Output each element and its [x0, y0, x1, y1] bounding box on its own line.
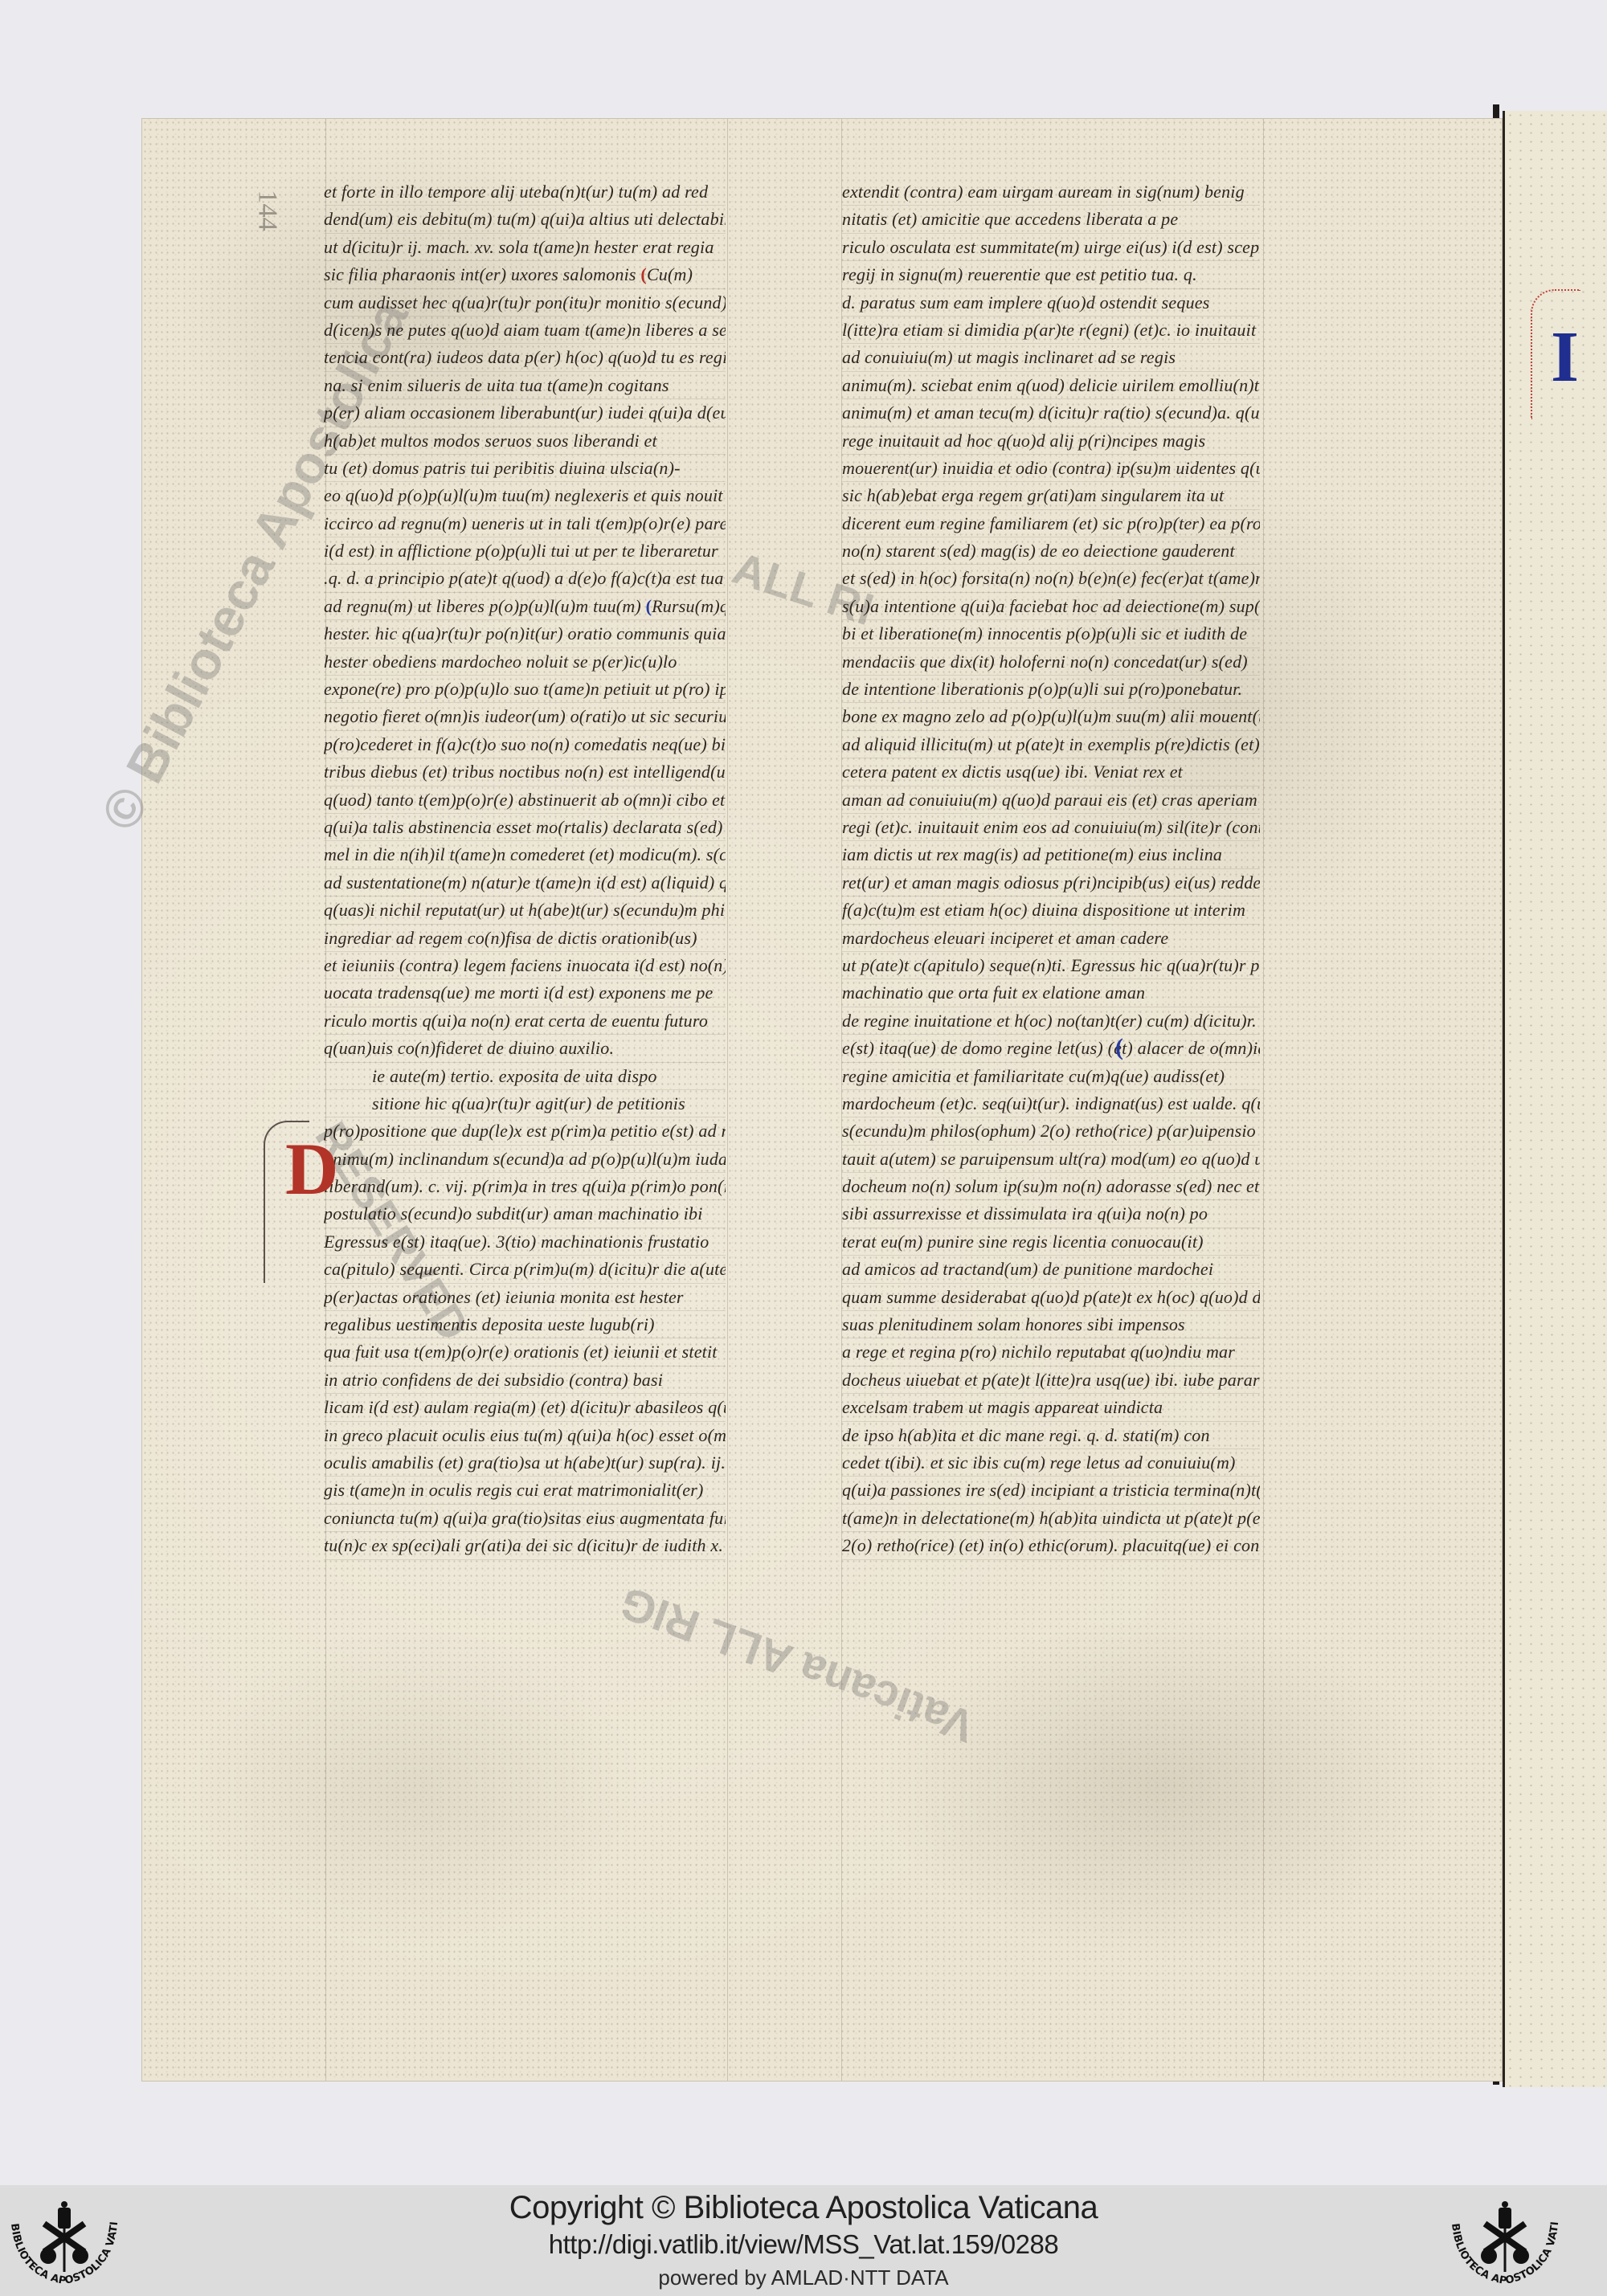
text-line: postulatio s(ecund)o subdit(ur) aman mac…	[324, 1200, 726, 1228]
text-line: tencia cont(ra) iudeos data p(er) h(oc) …	[324, 344, 726, 371]
text-line: extendit (contra) eam uirgam auream in s…	[842, 178, 1260, 206]
text-line: licam i(d est) aulam regia(m) (et) d(ici…	[324, 1394, 726, 1421]
text-line: na. si enim silueris de uita tua t(ame)n…	[324, 372, 726, 399]
paragraph-mark-glyph: (	[1115, 1034, 1123, 1060]
text-line: de regine inuitatione et h(oc) no(tan)t(…	[842, 1007, 1260, 1035]
text-line: regine amicitia et familiaritate cu(m)q(…	[842, 1063, 1260, 1090]
text-line: iccirco ad regnu(m) ueneris ut in tali t…	[324, 510, 726, 537]
text-line: p(er) aliam occasionem liberabunt(ur) iu…	[324, 399, 726, 427]
text-line: dicerent eum regine familiarem (et) sic …	[842, 510, 1260, 537]
text-line: in greco placuit oculis eius tu(m) q(ui)…	[324, 1422, 726, 1449]
text-line: de intentione liberationis p(o)p(u)li su…	[842, 676, 1260, 703]
text-line: f(a)c(tu)m est etiam h(oc) diuina dispos…	[842, 897, 1260, 924]
text-line: ret(ur) et aman magis odiosus p(ri)ncipi…	[842, 869, 1260, 897]
powered-by-text: powered by AMLAD·NTT DATA	[0, 2265, 1607, 2290]
text-line: bone ex magno zelo ad p(o)p(u)l(u)m suu(…	[842, 703, 1260, 730]
text-span: ad regnu(m) ut liberes p(o)p(u)l(u)m tuu…	[324, 596, 641, 616]
text-line: animu(m) inclinandum s(ecund)a ad p(o)p(…	[324, 1146, 726, 1173]
text-line: coniuncta tu(m) q(ui)a gra(tio)sitas eiu…	[324, 1505, 726, 1532]
text-line: expone(re) pro p(o)p(u)lo suo t(ame)n pe…	[324, 676, 726, 703]
facing-page-initial: I	[1551, 317, 1607, 398]
text-line: cedet t(ibi). et sic ibis cu(m) rege let…	[842, 1449, 1260, 1477]
text-line: 2(o) retho(rice) (et) in(o) ethic(orum).…	[842, 1532, 1260, 1559]
text-line: machinatio que orta fuit ex elatione ama…	[842, 979, 1260, 1007]
text-line: mardocheus eleuari inciperet et aman cad…	[842, 925, 1260, 952]
text-line: s(ecundu)m philos(ophum) 2(o) retho(rice…	[842, 1117, 1260, 1145]
text-line: cetera patent ex dictis usq(ue) ibi. Ven…	[842, 758, 1260, 786]
text-line: ad regnu(m) ut liberes p(o)p(u)l(u)m tuu…	[324, 593, 726, 620]
text-line: iam dictis ut rex mag(is) ad petitione(m…	[842, 841, 1260, 868]
text-line: l(itte)ra etiam si dimidia p(ar)te r(egn…	[842, 317, 1260, 344]
text-line: tribus diebus (et) tribus noctibus no(n)…	[324, 758, 726, 786]
text-line: d(icen)s ne putes q(uo)d aiam tuam t(ame…	[324, 317, 726, 344]
text-line: ut p(ate)t c(apitulo) seque(n)ti. Egress…	[842, 952, 1260, 979]
text-line: nitatis (et) amicitie que accedens liber…	[842, 206, 1260, 233]
text-line: q(ui)a passiones ire s(ed) incipiant a t…	[842, 1477, 1260, 1504]
text-line: mendaciis que dix(it) holoferni no(n) co…	[842, 648, 1260, 676]
folio-pencil-number: 144	[252, 190, 283, 231]
text-line: et s(ed) in h(oc) forsita(n) no(n) b(e)n…	[842, 565, 1260, 592]
text-line: ad amicos ad tractand(um) de punitione m…	[842, 1256, 1260, 1283]
text-line: excelsam trabem ut magis appareat uindic…	[842, 1394, 1260, 1421]
text-line: animu(m) et aman tecu(m) d(icitu)r ra(ti…	[842, 399, 1260, 427]
text-line: sic filia pharaonis int(er) uxores salom…	[324, 261, 726, 288]
ruling-line	[1263, 119, 1264, 2081]
text-column-right: extendit (contra) eam uirgam auream in s…	[842, 178, 1260, 1560]
text-line: t(ame)n in delectatione(m) h(ab)ita uind…	[842, 1505, 1260, 1532]
text-line: p(ro)positione que dup(le)x est p(rim)a …	[324, 1117, 726, 1145]
text-line: ut d(icitu)r ij. mach. xv. sola t(ame)n …	[324, 234, 726, 261]
text-span: ut p(ate)t c(apitulo) seque(n)ti. Egress…	[842, 955, 1260, 975]
text-line: bi et liberatione(m) innocentis p(o)p(u)…	[842, 620, 1260, 648]
text-line: sitione hic q(ua)r(tu)r agit(ur) de peti…	[324, 1090, 726, 1117]
text-line: .q. d. a principio p(ate)t q(uod) a d(e)…	[324, 565, 726, 592]
image-viewer: I 144 © Biblioteca Apostolica ALL RI RES…	[0, 0, 1607, 2185]
text-line: no(n) starent s(ed) mag(is) de eo deiect…	[842, 537, 1260, 565]
text-span: sic filia pharaonis int(er) uxores salom…	[324, 264, 636, 284]
text-line: q(uan)uis co(n)fideret de diuino auxilio…	[324, 1035, 726, 1062]
text-line: mouerent(ur) inuidia et odio (contra) ip…	[842, 455, 1260, 482]
text-line: quam summe desiderabat q(uo)d p(ate)t ex…	[842, 1284, 1260, 1311]
text-line: aman ad conuiuiu(m) q(uo)d paraui eis (e…	[842, 786, 1260, 814]
text-line: docheum no(n) solum ip(su)m no(n) adoras…	[842, 1173, 1260, 1200]
text-line: d. paratus sum eam implere q(uo)d ostend…	[842, 289, 1260, 317]
text-line: et forte in illo tempore alij uteba(n)t(…	[324, 178, 726, 206]
text-line: tauit a(utem) se paruipensum ult(ra) mod…	[842, 1146, 1260, 1173]
text-line: oculis amabilis (et) gra(tio)sa ut h(abe…	[324, 1449, 726, 1477]
text-line: s(u)a intentione q(ui)a faciebat hoc ad …	[842, 593, 1260, 620]
vatican-library-emblem-right: BIBLIOTECA APOSTOLICA VATICANA	[1441, 2192, 1569, 2292]
text-line: in atrio confidens de dei subsidio (cont…	[324, 1367, 726, 1394]
text-line: Egressus e(st) itaq(ue). 3(tio) machinat…	[324, 1228, 726, 1256]
copyright-text: Copyright © Biblioteca Apostolica Vatica…	[0, 2190, 1607, 2226]
text-line: ad sustentatione(m) n(atur)e t(ame)n i(d…	[324, 869, 726, 897]
text-line: p(ro)cederet in f(a)c(t)o suo no(n) come…	[324, 731, 726, 758]
text-line: regalibus uestimentis deposita ueste lug…	[324, 1311, 726, 1338]
red-paragraph-mark: (	[640, 264, 647, 284]
text-line: gis t(ame)n in oculis regis cui erat mat…	[324, 1477, 726, 1504]
text-line: p(er)actas orationes (et) ieiunia monita…	[324, 1284, 726, 1311]
text-line: hester obediens mardocheo noluit se p(er…	[324, 648, 726, 676]
text-line: qua fuit usa t(em)p(o)r(e) orationis (et…	[324, 1338, 726, 1366]
text-line: ingrediar ad regem co(n)fisa de dictis o…	[324, 925, 726, 952]
text-line: suas plenitudinem solam honores sibi imp…	[842, 1311, 1260, 1338]
text-line: ca(pitulo) sequenti. Circa p(rim)u(m) d(…	[324, 1256, 726, 1283]
text-line: h(ab)et multos modos seruos suos liberan…	[324, 427, 726, 455]
text-line: hester. hic q(ua)r(tu)r po(n)it(ur) orat…	[324, 620, 726, 648]
papal-keys-emblem-icon: BIBLIOTECA APOSTOLICA VATICANA	[1441, 2192, 1569, 2292]
text-line: de ipso h(ab)ita et dic mane regi. q. d.…	[842, 1422, 1260, 1449]
text-line: sibi assurrexisse et dissimulata ira q(u…	[842, 1200, 1260, 1228]
text-column-left: et forte in illo tempore alij uteba(n)t(…	[324, 178, 726, 1560]
text-line: sic h(ab)ebat erga regem gr(ati)am singu…	[842, 482, 1260, 509]
rubric-word: Rursu(m)q(ue)	[652, 596, 726, 616]
text-line: a rege et regina p(ro) nichilo reputabat…	[842, 1338, 1260, 1366]
text-line: negotio fieret o(mn)is iudeor(um) o(rati…	[324, 703, 726, 730]
text-line: q(ui)a talis abstinencia esset mo(rtalis…	[324, 814, 726, 841]
blue-paragraph-mark-right: (	[1115, 1034, 1123, 1061]
text-line: riculo osculata est summitate(m) uirge e…	[842, 234, 1260, 261]
copyright-footer: BIBLIOTECA APOSTOLICA VATICANA Copyright…	[0, 2185, 1607, 2296]
text-line: tu(n)c ex sp(eci)ali gr(ati)a dei sic d(…	[324, 1532, 726, 1559]
text-line: riculo mortis q(ui)a no(n) erat certa de…	[324, 1007, 726, 1035]
text-line: e(st) itaq(ue) de domo regine let(us) (e…	[842, 1035, 1260, 1062]
text-line: liberand(um). c. vij. p(rim)a in tres q(…	[324, 1173, 726, 1200]
text-line: uocata tradensq(ue) me morti i(d est) ex…	[324, 979, 726, 1007]
text-line: q(uas)i nichil reputat(ur) ut h(abe)t(ur…	[324, 897, 726, 924]
text-line: regi (et)c. inuitauit enim eos ad conuiu…	[842, 814, 1260, 841]
text-line: ad conuiuiu(m) ut magis inclinaret ad se…	[842, 344, 1260, 371]
text-line: regij in signu(m) reuerentie que est pet…	[842, 261, 1260, 288]
ruling-line	[727, 119, 728, 2081]
rubric-word: Cu(m)	[647, 264, 693, 284]
text-line: et ieiuniis (contra) legem faciens inuoc…	[324, 952, 726, 979]
text-line: dend(um) eis debitu(m) tu(m) q(ui)a alti…	[324, 206, 726, 233]
text-line: tu (et) domus patris tui peribitis diuin…	[324, 455, 726, 482]
text-line: cum audisset hec q(ua)r(tu)r pon(itu)r m…	[324, 289, 726, 317]
text-line: ie aute(m) tertio. exposita de uita disp…	[324, 1063, 726, 1090]
text-line: animu(m). sciebat enim q(uod) delicie ui…	[842, 372, 1260, 399]
permalink-url[interactable]: http://digi.vatlib.it/view/MSS_Vat.lat.1…	[0, 2229, 1607, 2260]
text-line: terat eu(m) punire sine regis licentia c…	[842, 1228, 1260, 1256]
text-line: eo q(uo)d p(o)p(u)l(u)m tuu(m) neglexeri…	[324, 482, 726, 509]
text-line: docheus uiuebat et p(ate)t l(itte)ra usq…	[842, 1367, 1260, 1394]
decorated-initial: D	[285, 1137, 350, 1201]
text-line: i(d est) in afflictione p(o)p(u)li tui u…	[324, 537, 726, 565]
text-line: q(uod) tanto t(em)p(o)r(e) abstinuerit a…	[324, 786, 726, 814]
text-line: mardocheum (et)c. seq(ui)t(ur). indignat…	[842, 1090, 1260, 1117]
text-line: rege inuitauit ad hoc q(uo)d alij p(ri)n…	[842, 427, 1260, 455]
text-line: mel in die n(ih)il t(ame)n comederet (et…	[324, 841, 726, 868]
text-line: ad aliquid illicitu(m) ut p(ate)t in exe…	[842, 731, 1260, 758]
